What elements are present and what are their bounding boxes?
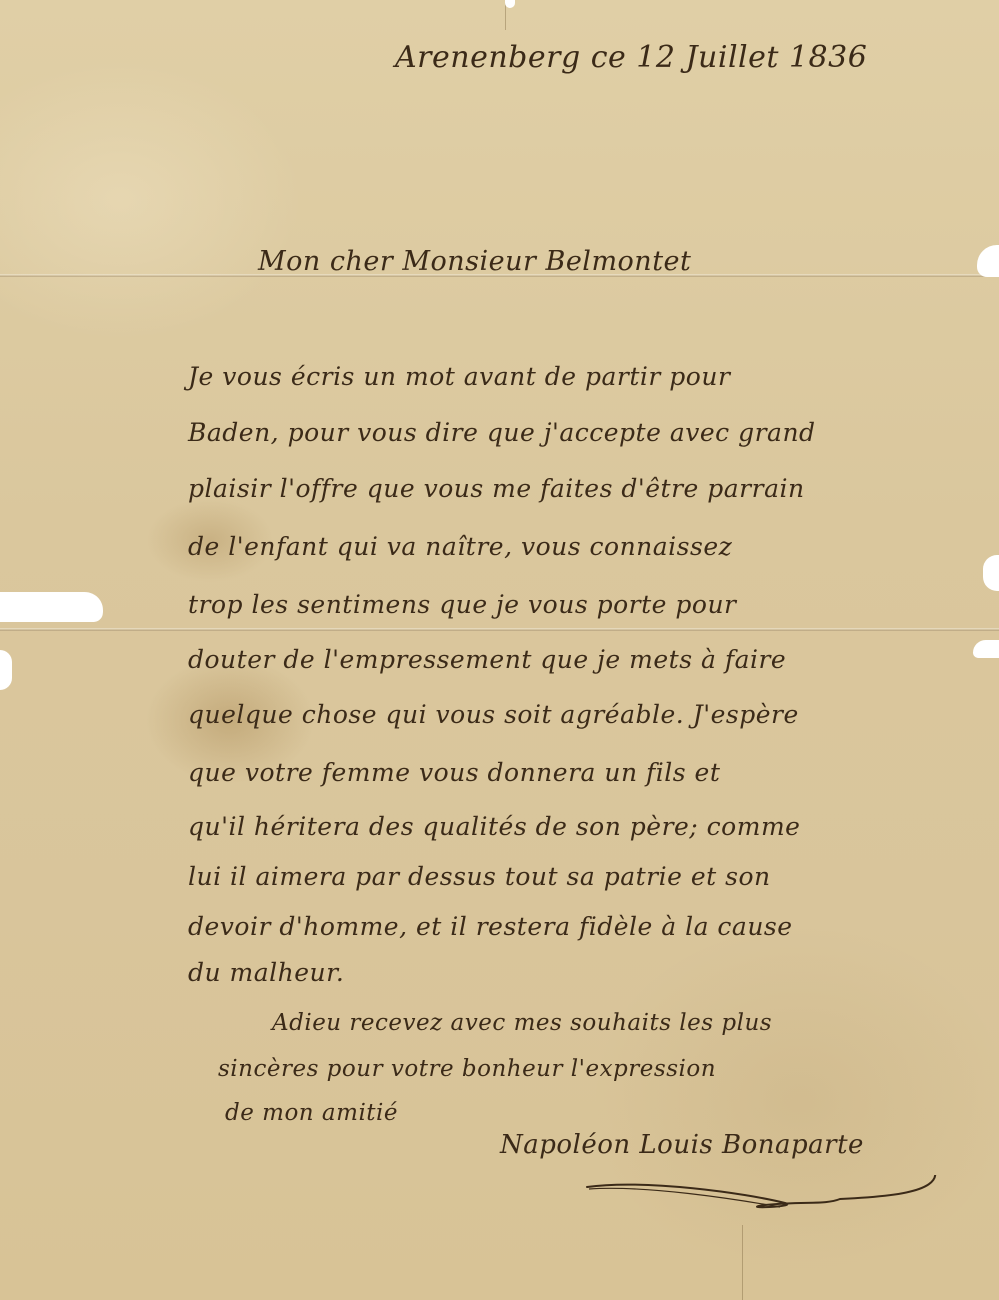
body-line: de l'enfant qui va naître, vous connaiss…: [188, 532, 732, 561]
paper-tear: [977, 245, 999, 277]
paper-tear: [0, 650, 12, 690]
body-line: devoir d'homme, et il restera fidèle à l…: [188, 912, 793, 941]
signature-flourish-icon: [585, 1175, 945, 1225]
body-line: plaisir l'offre que vous me faites d'êtr…: [188, 474, 805, 503]
paper-tear: [0, 592, 107, 622]
paper-tear: [505, 0, 515, 8]
body-line: qu'il héritera des qualités de son père;…: [188, 812, 800, 841]
body-line: du malheur.: [188, 958, 344, 987]
signature: Napoléon Louis Bonaparte: [500, 1130, 864, 1160]
body-line: quelque chose qui vous soit agréable. J'…: [188, 700, 799, 729]
paper-crease: [742, 1225, 743, 1300]
body-line: trop les sentimens que je vous porte pou…: [188, 590, 737, 619]
paper-tear: [973, 640, 999, 658]
dateline: Arenenberg ce 12 Juillet 1836: [395, 40, 867, 75]
letter-paper: Arenenberg ce 12 Juillet 1836 Mon cher M…: [0, 0, 999, 1300]
paper-tear: [983, 555, 999, 591]
closing-line: de mon amitié: [225, 1100, 398, 1126]
body-line: lui il aimera par dessus tout sa patrie …: [188, 862, 771, 891]
paper-fold-lower: [0, 628, 999, 631]
body-line: douter de l'empressement que je mets à f…: [188, 645, 786, 674]
closing-line: Adieu recevez avec mes souhaits les plus: [272, 1010, 772, 1036]
closing-line: sincères pour votre bonheur l'expression: [218, 1056, 716, 1082]
body-line: que votre femme vous donnera un fils et: [188, 758, 720, 787]
body-line: Baden, pour vous dire que j'accepte avec…: [188, 418, 816, 447]
body-line: Je vous écris un mot avant de partir pou…: [188, 362, 730, 391]
salutation: Mon cher Monsieur Belmontet: [258, 246, 691, 277]
